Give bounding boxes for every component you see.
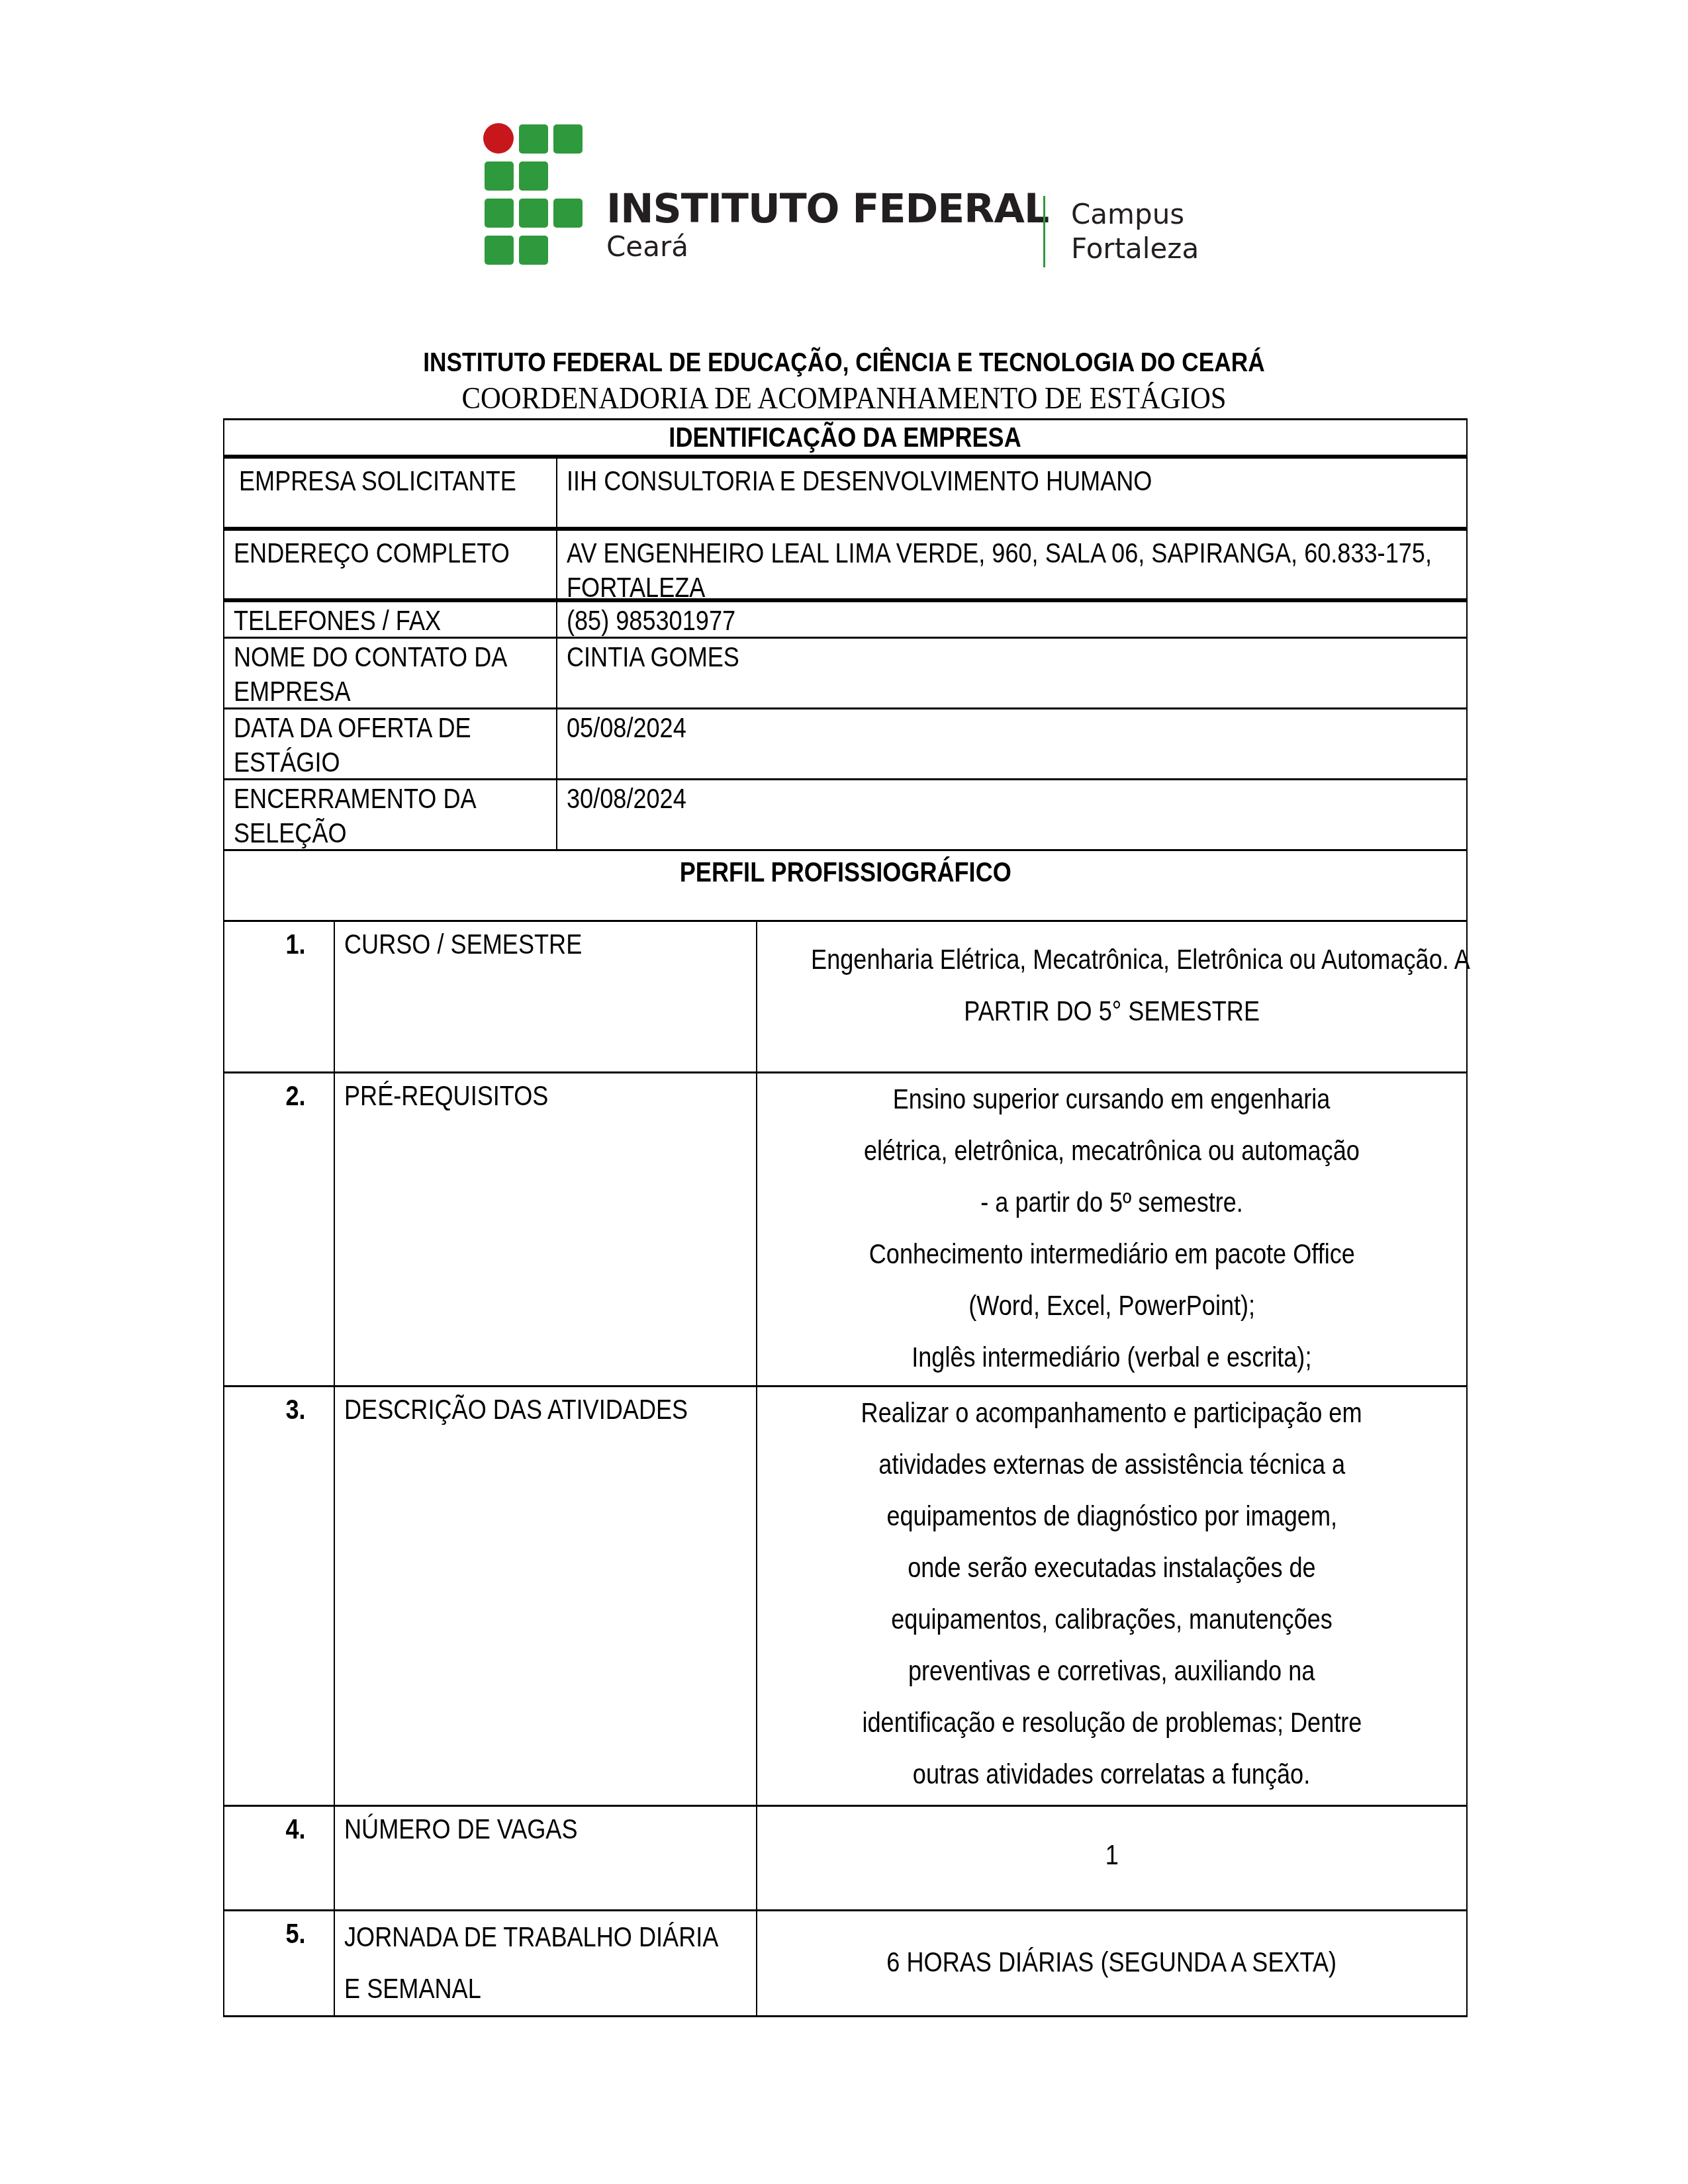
value-line: 1 <box>757 1829 1466 1881</box>
profile-item: 3. DESCRIÇÃO DAS ATIVIDADES Realizar o a… <box>223 1387 1468 1807</box>
id-row: ENCERRAMENTO DA SELEÇÃO 30/08/2024 <box>223 780 1468 851</box>
profile-item: 1. CURSO / SEMESTRE Engenharia Elétrica,… <box>223 922 1468 1073</box>
value-line: equipamentos de diagnóstico por imagem, <box>757 1490 1466 1542</box>
logo-campus: Campus Fortaleza <box>1071 197 1199 266</box>
value-line: Conhecimento intermediário em pacote Off… <box>757 1228 1466 1280</box>
id-label: ENDEREÇO COMPLETO <box>234 536 510 570</box>
logo-campus-line2: Fortaleza <box>1071 232 1199 266</box>
item-label-line: E SEMANAL <box>344 1963 698 2015</box>
department-title: COORDENADORIA DE ACOMPANHAMENTO DE ESTÁG… <box>59 381 1629 416</box>
id-row: NOME DO CONTATO DA EMPRESA CINTIA GOMES <box>223 639 1468 709</box>
logo-square <box>519 236 548 265</box>
item-value: Ensino superior cursando em engenhariael… <box>756 1073 1466 1385</box>
value-line: Realizar o acompanhamento e participação… <box>757 1387 1466 1439</box>
item-value: 6 HORAS DIÁRIAS (SEGUNDA A SEXTA) <box>756 1911 1466 2015</box>
value-line: outras atividades correlatas a função. <box>757 1749 1466 1800</box>
value-line: atividades externas de assistência técni… <box>757 1439 1466 1490</box>
id-value: (85) 985301977 <box>567 604 735 638</box>
identification-heading: IDENTIFICAÇÃO DA EMPRESA <box>669 420 1021 455</box>
logo-campus-line1: Campus <box>1071 197 1199 232</box>
item-number: 5. <box>285 1917 305 1951</box>
logo-red-dot <box>483 123 514 154</box>
profile-item: 5. JORNADA DE TRABALHO DIÁRIA E SEMANAL … <box>223 1911 1468 2017</box>
profile-item: 4. NÚMERO DE VAGAS 1 <box>223 1807 1468 1911</box>
value-line: preventivas e corretivas, auxiliando na <box>757 1645 1466 1697</box>
logo-square <box>485 236 514 265</box>
item-label: PRÉ-REQUISITOS <box>344 1079 548 1113</box>
logo-divider <box>1043 196 1045 267</box>
logo-state: Ceará <box>606 233 688 261</box>
value-line: Engenharia Elétrica, Mecatrônica, Eletrô… <box>757 934 1466 985</box>
value-line: elétrica, eletrônica, mecatrônica ou aut… <box>757 1125 1466 1177</box>
logo-square <box>519 124 548 154</box>
id-row: EMPRESA SOLICITANTE IIH CONSULTORIA E DE… <box>223 459 1468 531</box>
item-number: 1. <box>285 927 305 962</box>
logo-square <box>553 124 583 154</box>
value-line: 6 HORAS DIÁRIAS (SEGUNDA A SEXTA) <box>757 1936 1466 1988</box>
value-line: onde serão executadas instalações de <box>757 1542 1466 1594</box>
item-label: DESCRIÇÃO DAS ATIVIDADES <box>344 1392 688 1427</box>
item-label: CURSO / SEMESTRE <box>344 927 582 962</box>
value-line: identificação e resolução de problemas; … <box>757 1697 1466 1749</box>
logo-square <box>519 161 548 191</box>
id-label: EMPRESA SOLICITANTE <box>239 464 516 498</box>
item-label-line: JORNADA DE TRABALHO DIÁRIA <box>344 1911 698 1963</box>
logo-square <box>519 199 548 228</box>
id-label: TELEFONES / FAX <box>234 604 441 638</box>
logo-square <box>553 199 583 228</box>
institution-logo: INSTITUTO FEDERAL Ceará Campus Fortaleza <box>483 123 1211 265</box>
value-line: PARTIR DO 5° SEMESTRE <box>757 985 1466 1037</box>
id-label: ENCERRAMENTO DA SELEÇÃO <box>234 782 530 850</box>
item-value: Engenharia Elétrica, Mecatrônica, Eletrô… <box>756 922 1466 1071</box>
item-label: NÚMERO DE VAGAS <box>344 1812 578 1846</box>
identification-heading-row: IDENTIFICAÇÃO DA EMPRESA <box>223 418 1468 459</box>
item-value: Realizar o acompanhamento e participação… <box>756 1387 1466 1805</box>
id-label: NOME DO CONTATO DA EMPRESA <box>234 640 553 709</box>
institution-title: INSTITUTO FEDERAL DE EDUCAÇÃO, CIÊNCIA E… <box>118 346 1570 378</box>
item-number: 4. <box>285 1812 305 1846</box>
logo-square <box>485 199 514 228</box>
id-label: DATA DA OFERTA DE ESTÁGIO <box>234 711 530 780</box>
item-number: 3. <box>285 1392 305 1427</box>
id-row: TELEFONES / FAX (85) 985301977 <box>223 602 1468 639</box>
item-value: 1 <box>756 1807 1466 1909</box>
logo-name: INSTITUTO FEDERAL <box>606 189 1049 229</box>
id-value: 30/08/2024 <box>567 782 686 816</box>
logo-square <box>485 161 514 191</box>
id-row: ENDEREÇO COMPLETO AV ENGENHEIRO LEAL LIM… <box>223 531 1468 602</box>
id-value: 05/08/2024 <box>567 711 686 745</box>
value-line: equipamentos, calibrações, manutenções <box>757 1594 1466 1645</box>
profile-item: 2. PRÉ-REQUISITOS Ensino superior cursan… <box>223 1073 1468 1387</box>
id-value: CINTIA GOMES <box>567 640 739 674</box>
id-value: AV ENGENHEIRO LEAL LIMA VERDE, 960, SALA… <box>567 536 1464 605</box>
value-line: Inglês intermediário (verbal e escrita); <box>757 1332 1466 1383</box>
value-line: Ensino superior cursando em engenharia <box>757 1073 1466 1125</box>
profile-heading-row: PERFIL PROFISSIOGRÁFICO <box>223 851 1468 922</box>
item-number: 2. <box>285 1079 305 1113</box>
id-value: IIH CONSULTORIA E DESENVOLVIMENTO HUMANO <box>567 464 1152 498</box>
value-line: (Word, Excel, PowerPoint); <box>757 1280 1466 1332</box>
value-line: - a partir do 5º semestre. <box>757 1177 1466 1228</box>
id-row: DATA DA OFERTA DE ESTÁGIO 05/08/2024 <box>223 709 1468 780</box>
profile-heading: PERFIL PROFISSIOGRÁFICO <box>679 855 1011 889</box>
